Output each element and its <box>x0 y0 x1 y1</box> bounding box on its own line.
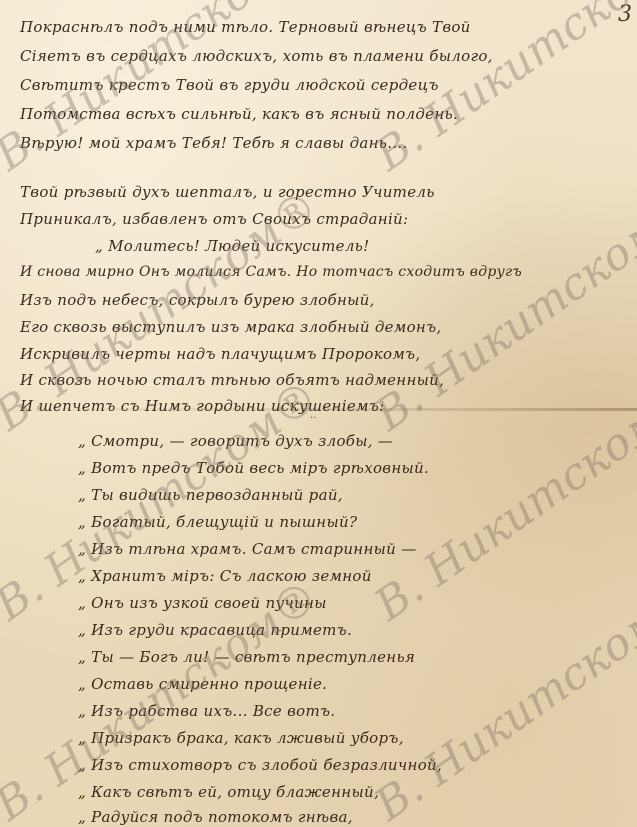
text-line: „ Оставь смиренно прощеніе. <box>78 675 327 693</box>
text-line: Изъ подъ небесъ, сокрылъ бурею злобный, <box>20 291 375 309</box>
text-line: И сквозь ночью сталъ тѣнью объятъ надмен… <box>20 371 444 389</box>
text-line: „ Изъ рабства ихъ... Все вотъ. <box>78 702 335 720</box>
text-line: „ Ты — Богъ ли! — свѣтъ преступленья <box>78 648 415 666</box>
text-line: „ Какъ свѣтъ ей, отцу блаженный, <box>78 783 379 801</box>
text-line: И снова мирно Онъ молился Самъ. Но тотча… <box>20 264 522 280</box>
text-line: „ Онъ изъ узкой своей пучины <box>78 594 327 612</box>
text-line: „ Богатый, блещущій и пышный? <box>78 513 357 531</box>
text-line: Искривилъ черты надъ плачущимъ Пророкомъ… <box>20 345 420 363</box>
text-line: Свѣтитъ крестъ Твой въ груди людской сер… <box>20 76 439 94</box>
text-line: „ Смотри, — говоритъ духъ злобы, — <box>78 432 393 450</box>
text-line: „ Радуйся подъ потокомъ гнѣва, <box>78 808 353 826</box>
text-line: Приникалъ, избавленъ отъ Своихъ страдані… <box>20 210 408 228</box>
text-line: Сіяетъ въ сердцахъ людскихъ, хоть въ пла… <box>20 47 493 65</box>
text-line: „ Вотъ предъ Тобой весь міръ грѣховный. <box>78 459 429 477</box>
text-line: „ Изъ стихотворъ съ злобой безразличной, <box>78 756 442 774</box>
manuscript-page: 3 Покраснѣлъ подъ ними тѣло. Терновый вѣ… <box>0 0 637 827</box>
text-line: „ Ты видишь первозданный рай, <box>78 486 343 504</box>
text-line: И шепчетъ съ Нимъ гордыни искушеніемъ: <box>20 397 384 415</box>
text-line: „ Призракъ брака, какъ лживый уборъ, <box>78 729 404 747</box>
text-line: Его сквозь выступилъ изъ мрака злобный д… <box>20 318 441 336</box>
text-line: „ Изъ груди красавица приметъ. <box>78 621 352 639</box>
text-line: Твой рѣзвый духъ шепталъ, и горестно Учи… <box>20 183 435 201</box>
text-line: „ Молитесь! Людей искуситель! <box>95 237 369 255</box>
text-line: Потомства всѣхъ сильнѣй, какъ въ ясный п… <box>20 105 458 123</box>
section-divider: .. <box>310 410 316 421</box>
text-line: Покраснѣлъ подъ ними тѣло. Терновый вѣне… <box>20 18 471 36</box>
watermark: В. Никитском® <box>366 571 637 827</box>
text-line: „ Изъ тлѣна храмъ. Самъ старинный — <box>78 540 417 558</box>
page-number: 3 <box>618 2 632 27</box>
text-line: Вѣрую! мой храмъ Тебя! Тебѣ я славы дань… <box>20 134 408 152</box>
text-line: „ Хранитъ міръ: Съ ласкою земной <box>78 567 372 585</box>
